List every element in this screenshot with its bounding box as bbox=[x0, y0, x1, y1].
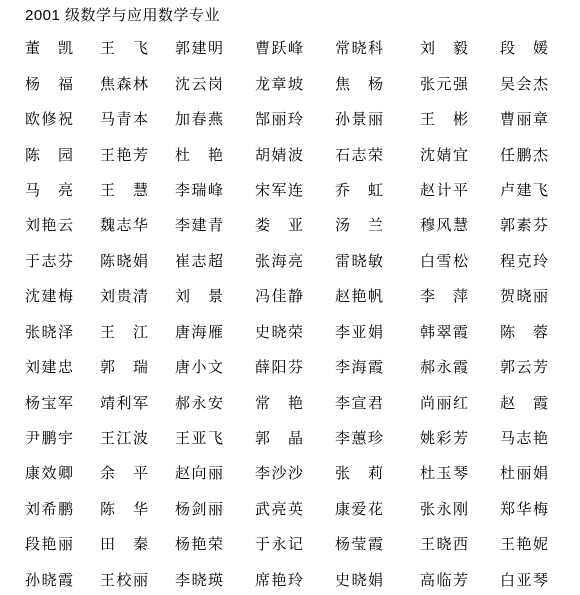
student-name: 刘希鹏 bbox=[25, 502, 73, 517]
name-character: 宇 bbox=[58, 431, 73, 446]
student-name: 加春燕 bbox=[175, 112, 223, 127]
name-character: 王 bbox=[100, 41, 115, 56]
name-character: 唐 bbox=[175, 360, 190, 375]
name-character: 沙 bbox=[271, 466, 286, 481]
student-name: 唐小文 bbox=[175, 360, 223, 375]
name-character: 王 bbox=[100, 183, 115, 198]
name-character: 军 bbox=[58, 396, 73, 411]
name-character: 郭 bbox=[500, 218, 515, 233]
name-character: 张 bbox=[420, 77, 435, 92]
student-name: 刘毅 bbox=[420, 41, 468, 56]
student-name: 李宣君 bbox=[335, 396, 383, 411]
name-character: 慧 bbox=[133, 183, 148, 198]
name-character: 珍 bbox=[368, 431, 383, 446]
name-character: 丽 bbox=[533, 289, 548, 304]
name-character: 芬 bbox=[288, 360, 303, 375]
student-name: 张莉 bbox=[335, 466, 383, 481]
name-character: 李 bbox=[335, 396, 350, 411]
student-name: 冯佳静 bbox=[255, 289, 303, 304]
student-name: 李晓瑛 bbox=[175, 573, 223, 588]
name-character: 杨 bbox=[175, 537, 190, 552]
name-character: 永 bbox=[271, 537, 286, 552]
name-character: 华 bbox=[133, 502, 148, 517]
name-character: 跃 bbox=[271, 41, 286, 56]
name-character: 王 bbox=[420, 112, 435, 127]
roster-row: 刘希鹏陈华杨剑丽武亮英康爱花张永刚郑华梅 bbox=[25, 492, 565, 527]
student-name: 康爱花 bbox=[335, 502, 383, 517]
name-character: 乔 bbox=[335, 183, 350, 198]
name-character: 霞 bbox=[453, 325, 468, 340]
roster-row: 杨福焦森林沈云岗龙章坡焦杨张元强吴会杰 bbox=[25, 66, 565, 101]
student-name: 魏志华 bbox=[100, 218, 148, 233]
student-name: 崔志超 bbox=[175, 254, 223, 269]
name-character: 宜 bbox=[453, 148, 468, 163]
name-character: 李 bbox=[335, 325, 350, 340]
name-character: 小 bbox=[191, 360, 206, 375]
name-character: 安 bbox=[208, 396, 223, 411]
student-name: 娄亚 bbox=[255, 218, 303, 233]
student-name: 李瑞峰 bbox=[175, 183, 223, 198]
name-character: 晓 bbox=[41, 573, 56, 588]
student-name: 张晓泽 bbox=[25, 325, 73, 340]
name-character: 慧 bbox=[453, 218, 468, 233]
name-character: 赵 bbox=[420, 183, 435, 198]
name-character: 波 bbox=[133, 431, 148, 446]
name-character: 王 bbox=[100, 573, 115, 588]
name-character: 建 bbox=[191, 218, 206, 233]
name-character: 贵 bbox=[116, 289, 131, 304]
name-character: 文 bbox=[208, 360, 223, 375]
name-character: 江 bbox=[116, 431, 131, 446]
student-name: 杨剑丽 bbox=[175, 502, 223, 517]
name-character: 阳 bbox=[271, 360, 286, 375]
name-character: 宋 bbox=[255, 183, 270, 198]
name-character: 贺 bbox=[500, 289, 515, 304]
name-character: 霞 bbox=[533, 396, 548, 411]
name-character: 郜 bbox=[255, 112, 270, 127]
name-character: 高 bbox=[420, 573, 435, 588]
name-character: 晓 bbox=[351, 41, 366, 56]
name-character: 清 bbox=[133, 289, 148, 304]
name-character: 彬 bbox=[453, 112, 468, 127]
student-name: 李建青 bbox=[175, 218, 223, 233]
name-character: 岗 bbox=[208, 77, 223, 92]
name-character: 修 bbox=[41, 112, 56, 127]
roster-row: 刘建忠郭瑞唐小文薛阳芬李海霞郝永霞郭云芳 bbox=[25, 350, 565, 385]
student-name: 郭瑞 bbox=[100, 360, 148, 375]
name-character: 沈 bbox=[420, 148, 435, 163]
name-character: 白 bbox=[500, 573, 515, 588]
name-character: 于 bbox=[25, 254, 40, 269]
student-name: 李萍 bbox=[420, 289, 468, 304]
roster-row: 尹鹏宇王江波王亚飞郭晶李蕙珍姚彩芳马志艳 bbox=[25, 421, 565, 456]
name-character: 亚 bbox=[288, 218, 303, 233]
name-character: 沙 bbox=[288, 466, 303, 481]
student-name: 赵霞 bbox=[500, 396, 548, 411]
name-character: 宝 bbox=[41, 396, 56, 411]
page-title: 2001 级数学与应用数学专业 bbox=[25, 4, 220, 25]
name-character: 超 bbox=[208, 254, 223, 269]
student-name: 董凯 bbox=[25, 41, 73, 56]
name-character: 军 bbox=[133, 396, 148, 411]
name-character: 赵 bbox=[175, 466, 190, 481]
name-character: 波 bbox=[288, 148, 303, 163]
name-character: 孙 bbox=[335, 112, 350, 127]
student-name: 宋军连 bbox=[255, 183, 303, 198]
name-character: 席 bbox=[255, 573, 270, 588]
student-roster: 董凯王飞郭建明曹跃峰常晓科刘毅段媛杨福焦森林沈云岗龙章坡焦杨张元强吴会杰欧修祝马… bbox=[25, 31, 565, 595]
name-character: 凯 bbox=[58, 41, 73, 56]
name-character: 艳 bbox=[41, 218, 56, 233]
name-character: 杜 bbox=[175, 148, 190, 163]
name-character: 媛 bbox=[533, 41, 548, 56]
name-character: 克 bbox=[516, 254, 531, 269]
student-name: 李亚娟 bbox=[335, 325, 383, 340]
name-character: 娟 bbox=[133, 254, 148, 269]
name-character: 刘 bbox=[25, 218, 40, 233]
name-character: 刘 bbox=[100, 289, 115, 304]
name-character: 峰 bbox=[208, 183, 223, 198]
name-character: 建 bbox=[191, 41, 206, 56]
roster-row: 张晓泽王江唐海雁史晓荣李亚娟韩翠霞陈蓉 bbox=[25, 315, 565, 350]
name-character: 云 bbox=[191, 77, 206, 92]
name-character: 刘 bbox=[420, 41, 435, 56]
name-character: 卢 bbox=[500, 183, 515, 198]
name-character: 亮 bbox=[58, 183, 73, 198]
name-character: 元 bbox=[436, 77, 451, 92]
name-character: 艳 bbox=[516, 537, 531, 552]
student-name: 席艳玲 bbox=[255, 573, 303, 588]
student-name: 郭素芬 bbox=[500, 218, 548, 233]
student-name: 唐海雁 bbox=[175, 325, 223, 340]
name-character: 强 bbox=[453, 77, 468, 92]
student-name: 康效卿 bbox=[25, 466, 73, 481]
name-character: 永 bbox=[436, 502, 451, 517]
name-character: 张 bbox=[255, 254, 270, 269]
student-name: 陈蓉 bbox=[500, 325, 548, 340]
name-character: 史 bbox=[255, 325, 270, 340]
name-character: 军 bbox=[271, 183, 286, 198]
name-character: 永 bbox=[436, 360, 451, 375]
name-character: 唐 bbox=[175, 325, 190, 340]
student-name: 郭晶 bbox=[255, 431, 303, 446]
name-character: 荣 bbox=[368, 148, 383, 163]
student-name: 高临芳 bbox=[420, 573, 468, 588]
student-name: 段艳丽 bbox=[25, 537, 73, 552]
name-character: 华 bbox=[516, 502, 531, 517]
student-name: 李海霞 bbox=[335, 360, 383, 375]
roster-row: 刘艳云魏志华李建青娄亚汤兰穆风慧郭素芬 bbox=[25, 208, 565, 243]
name-character: 娟 bbox=[368, 573, 383, 588]
name-character: 祝 bbox=[58, 112, 73, 127]
student-name: 焦森林 bbox=[100, 77, 148, 92]
name-character: 陈 bbox=[500, 325, 515, 340]
name-character: 妮 bbox=[533, 537, 548, 552]
name-character: 张 bbox=[335, 466, 350, 481]
student-name: 杨宝军 bbox=[25, 396, 73, 411]
name-character: 杨 bbox=[335, 537, 350, 552]
name-character: 焦 bbox=[100, 77, 115, 92]
name-character: 佳 bbox=[271, 289, 286, 304]
student-name: 龙章坡 bbox=[255, 77, 303, 92]
name-character: 婧 bbox=[436, 148, 451, 163]
name-character: 梅 bbox=[533, 502, 548, 517]
name-character: 刘 bbox=[25, 360, 40, 375]
name-character: 婧 bbox=[271, 148, 286, 163]
name-character: 康 bbox=[25, 466, 40, 481]
name-character: 晶 bbox=[288, 431, 303, 446]
name-character: 芳 bbox=[453, 573, 468, 588]
name-character: 志 bbox=[191, 254, 206, 269]
name-character: 福 bbox=[58, 77, 73, 92]
name-character: 白 bbox=[420, 254, 435, 269]
name-character: 秦 bbox=[133, 537, 148, 552]
name-character: 亚 bbox=[516, 573, 531, 588]
name-character: 李 bbox=[335, 431, 350, 446]
roster-row: 沈建梅刘贵清刘景冯佳静赵艳帆李萍贺晓丽 bbox=[25, 279, 565, 314]
student-name: 乔虹 bbox=[335, 183, 383, 198]
name-character: 晓 bbox=[351, 254, 366, 269]
name-character: 李 bbox=[335, 360, 350, 375]
name-character: 董 bbox=[25, 41, 40, 56]
name-character: 会 bbox=[516, 77, 531, 92]
name-character: 武 bbox=[255, 502, 270, 517]
student-name: 张永刚 bbox=[420, 502, 468, 517]
name-character: 景 bbox=[351, 112, 366, 127]
name-character: 王 bbox=[100, 431, 115, 446]
name-character: 杰 bbox=[533, 77, 548, 92]
name-character: 江 bbox=[133, 325, 148, 340]
name-character: 王 bbox=[175, 431, 190, 446]
name-character: 郭 bbox=[175, 41, 190, 56]
name-character: 丽 bbox=[208, 502, 223, 517]
name-character: 翠 bbox=[436, 325, 451, 340]
student-name: 王艳芳 bbox=[100, 148, 148, 163]
name-character: 任 bbox=[500, 148, 515, 163]
name-character: 冯 bbox=[255, 289, 270, 304]
name-character: 郭 bbox=[255, 431, 270, 446]
student-name: 刘贵清 bbox=[100, 289, 148, 304]
student-name: 王江 bbox=[100, 325, 148, 340]
student-name: 尚丽红 bbox=[420, 396, 468, 411]
name-character: 君 bbox=[368, 396, 383, 411]
student-name: 卢建飞 bbox=[500, 183, 548, 198]
student-name: 刘艳云 bbox=[25, 218, 73, 233]
name-character: 玲 bbox=[288, 573, 303, 588]
name-character: 志 bbox=[516, 431, 531, 446]
name-character: 林 bbox=[133, 77, 148, 92]
name-character: 燕 bbox=[208, 112, 223, 127]
name-character: 尹 bbox=[25, 431, 40, 446]
name-character: 李 bbox=[175, 218, 190, 233]
name-character: 陈 bbox=[100, 502, 115, 517]
roster-row: 段艳丽田秦杨艳荣于永记杨莹霞王晓西王艳妮 bbox=[25, 527, 565, 562]
student-name: 李沙沙 bbox=[255, 466, 303, 481]
student-name: 沈婧宜 bbox=[420, 148, 468, 163]
name-character: 穆 bbox=[420, 218, 435, 233]
name-character: 尚 bbox=[420, 396, 435, 411]
student-name: 汤兰 bbox=[335, 218, 383, 233]
name-character: 英 bbox=[288, 502, 303, 517]
name-character: 艳 bbox=[288, 396, 303, 411]
name-character: 丽 bbox=[516, 112, 531, 127]
name-character: 华 bbox=[133, 218, 148, 233]
name-character: 田 bbox=[100, 537, 115, 552]
student-name: 于永记 bbox=[255, 537, 303, 552]
name-character: 晓 bbox=[436, 537, 451, 552]
name-character: 本 bbox=[133, 112, 148, 127]
student-name: 张海亮 bbox=[255, 254, 303, 269]
student-name: 郝永霞 bbox=[420, 360, 468, 375]
name-character: 常 bbox=[335, 41, 350, 56]
name-character: 剑 bbox=[191, 502, 206, 517]
roster-row: 康效卿余平赵向丽李沙沙张莉杜玉琴杜丽娟 bbox=[25, 456, 565, 491]
name-character: 娟 bbox=[368, 325, 383, 340]
name-character: 希 bbox=[41, 502, 56, 517]
name-character: 松 bbox=[453, 254, 468, 269]
name-character: 瑛 bbox=[208, 573, 223, 588]
student-name: 尹鹏宇 bbox=[25, 431, 73, 446]
student-name: 杜丽娟 bbox=[500, 466, 548, 481]
roster-row: 马亮王慧李瑞峰宋军连乔虹赵计平卢建飞 bbox=[25, 173, 565, 208]
name-character: 彩 bbox=[436, 431, 451, 446]
name-character: 艳 bbox=[191, 537, 206, 552]
student-name: 王慧 bbox=[100, 183, 148, 198]
name-character: 加 bbox=[175, 112, 190, 127]
name-character: 莉 bbox=[368, 466, 383, 481]
name-character: 郑 bbox=[500, 502, 515, 517]
name-character: 建 bbox=[41, 289, 56, 304]
name-character: 靖 bbox=[100, 396, 115, 411]
name-character: 卿 bbox=[58, 466, 73, 481]
name-character: 红 bbox=[453, 396, 468, 411]
student-name: 陈晓娟 bbox=[100, 254, 148, 269]
name-character: 刘 bbox=[175, 289, 190, 304]
name-character: 效 bbox=[41, 466, 56, 481]
name-character: 鹏 bbox=[516, 148, 531, 163]
student-name: 程克玲 bbox=[500, 254, 548, 269]
name-character: 永 bbox=[191, 396, 206, 411]
student-name: 常艳 bbox=[255, 396, 303, 411]
name-character: 杨 bbox=[368, 77, 383, 92]
name-character: 鹏 bbox=[58, 502, 73, 517]
name-character: 马 bbox=[100, 112, 115, 127]
student-name: 胡婧波 bbox=[255, 148, 303, 163]
name-character: 丽 bbox=[368, 112, 383, 127]
name-character: 泽 bbox=[58, 325, 73, 340]
student-name: 张元强 bbox=[420, 77, 468, 92]
name-character: 蕙 bbox=[351, 431, 366, 446]
name-character: 蓉 bbox=[533, 325, 548, 340]
student-name: 赵向丽 bbox=[175, 466, 223, 481]
name-character: 杜 bbox=[420, 466, 435, 481]
student-name: 王校丽 bbox=[100, 573, 148, 588]
name-character: 丽 bbox=[208, 466, 223, 481]
student-name: 曹跃峰 bbox=[255, 41, 303, 56]
name-character: 花 bbox=[368, 502, 383, 517]
name-character: 丽 bbox=[133, 573, 148, 588]
student-name: 王亚飞 bbox=[175, 431, 223, 446]
name-character: 芬 bbox=[533, 218, 548, 233]
name-character: 春 bbox=[191, 112, 206, 127]
name-character: 海 bbox=[271, 254, 286, 269]
name-character: 琴 bbox=[533, 573, 548, 588]
student-name: 赵艳帆 bbox=[335, 289, 383, 304]
name-character: 玉 bbox=[436, 466, 451, 481]
name-character: 芳 bbox=[453, 431, 468, 446]
name-character: 萍 bbox=[453, 289, 468, 304]
name-character: 莹 bbox=[351, 537, 366, 552]
name-character: 张 bbox=[420, 502, 435, 517]
name-character: 汤 bbox=[335, 218, 350, 233]
student-name: 姚彩芳 bbox=[420, 431, 468, 446]
name-character: 陈 bbox=[100, 254, 115, 269]
name-character: 丽 bbox=[436, 396, 451, 411]
name-character: 段 bbox=[25, 537, 40, 552]
name-character: 郝 bbox=[175, 396, 190, 411]
name-character: 亮 bbox=[271, 502, 286, 517]
name-character: 霞 bbox=[368, 360, 383, 375]
name-character: 平 bbox=[133, 466, 148, 481]
student-name: 王飞 bbox=[100, 41, 148, 56]
student-name: 曹丽章 bbox=[500, 112, 548, 127]
name-character: 张 bbox=[25, 325, 40, 340]
name-character: 雷 bbox=[335, 254, 350, 269]
name-character: 森 bbox=[116, 77, 131, 92]
name-character: 娟 bbox=[533, 466, 548, 481]
student-name: 任鹏杰 bbox=[500, 148, 548, 163]
name-character: 赵 bbox=[500, 396, 515, 411]
name-character: 晓 bbox=[271, 325, 286, 340]
name-character: 史 bbox=[335, 573, 350, 588]
name-character: 艳 bbox=[271, 573, 286, 588]
name-character: 敏 bbox=[368, 254, 383, 269]
student-name: 雷晓敏 bbox=[335, 254, 383, 269]
student-name: 史晓娟 bbox=[335, 573, 383, 588]
name-character: 梅 bbox=[58, 289, 73, 304]
name-character: 韩 bbox=[420, 325, 435, 340]
roster-row: 陈园王艳芳杜艳胡婧波石志荣沈婧宜任鹏杰 bbox=[25, 137, 565, 172]
name-character: 霞 bbox=[453, 360, 468, 375]
student-name: 杜玉琴 bbox=[420, 466, 468, 481]
student-name: 沈建梅 bbox=[25, 289, 73, 304]
name-character: 晓 bbox=[191, 573, 206, 588]
name-character: 毅 bbox=[453, 41, 468, 56]
name-character: 孙 bbox=[25, 573, 40, 588]
name-character: 兰 bbox=[368, 218, 383, 233]
name-character: 虹 bbox=[368, 183, 383, 198]
name-character: 爱 bbox=[351, 502, 366, 517]
student-name: 贺晓丽 bbox=[500, 289, 548, 304]
name-character: 王 bbox=[500, 537, 515, 552]
name-character: 云 bbox=[516, 360, 531, 375]
name-character: 杨 bbox=[25, 396, 40, 411]
student-name: 段媛 bbox=[500, 41, 548, 56]
name-character: 连 bbox=[288, 183, 303, 198]
name-character: 马 bbox=[500, 431, 515, 446]
student-name: 史晓荣 bbox=[255, 325, 303, 340]
student-name: 韩翠霞 bbox=[420, 325, 468, 340]
student-name: 杨福 bbox=[25, 77, 73, 92]
name-character: 陈 bbox=[25, 148, 40, 163]
name-character: 临 bbox=[436, 573, 451, 588]
name-character: 刚 bbox=[453, 502, 468, 517]
student-name: 武亮英 bbox=[255, 502, 303, 517]
name-character: 海 bbox=[191, 325, 206, 340]
name-character: 计 bbox=[436, 183, 451, 198]
name-character: 芬 bbox=[58, 254, 73, 269]
student-name: 李蕙珍 bbox=[335, 431, 383, 446]
